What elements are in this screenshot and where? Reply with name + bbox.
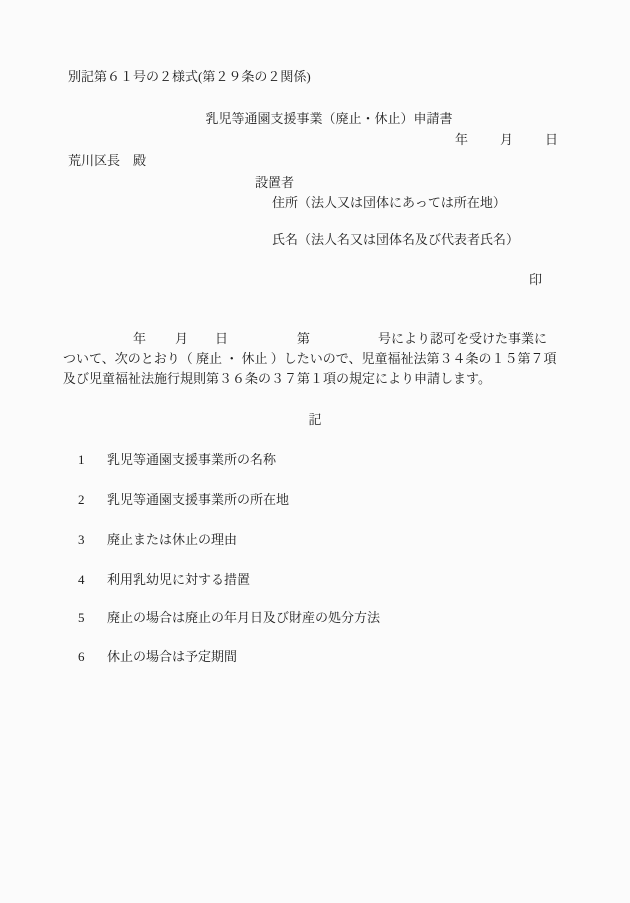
applicant-address-label: 住所（法人又は団体にあっては所在地）: [272, 195, 506, 210]
body-year-label: 年: [133, 331, 146, 346]
item-label: 廃止の場合は廃止の年月日及び財産の処分方法: [107, 610, 380, 625]
item-number: 2: [78, 492, 85, 507]
document-page: 別記第６１号の２様式(第２９条の２関係) 乳児等通園支援事業（廃止・休止）申請書…: [0, 0, 630, 903]
body-paragraph-line-2: ついて、次のとおり（ 廃止 ・ 休止 ）したいので、児童福祉法第３４条の１５第７…: [63, 351, 556, 366]
body-number-prefix: 第: [297, 331, 310, 346]
applicant-role-label: 設置者: [255, 175, 294, 190]
body-paragraph-line-3: 及び児童福祉法施行規則第３６条の３７第１項の規定により申請します。: [63, 371, 491, 386]
item-label: 廃止または休止の理由: [107, 532, 237, 547]
addressee-line: 荒川区長 殿: [68, 153, 146, 168]
item-label: 乳児等通園支援事業所の名称: [107, 452, 276, 467]
item-label: 乳児等通園支援事業所の所在地: [107, 492, 289, 507]
item-label: 休止の場合は予定期間: [107, 649, 237, 664]
document-title: 乳児等通園支援事業（廃止・休止）申請書: [0, 111, 630, 126]
item-label: 利用乳幼児に対する措置: [107, 572, 250, 587]
item-number: 5: [78, 610, 85, 625]
seal-mark: 印: [529, 272, 542, 287]
date-year-label: 年: [455, 132, 468, 147]
date-day-label: 日: [545, 132, 558, 147]
body-month-label: 月: [175, 331, 188, 346]
item-number: 4: [78, 572, 85, 587]
applicant-name-label: 氏名（法人名又は団体名及び代表者氏名）: [272, 232, 519, 247]
item-number: 6: [78, 649, 85, 664]
body-number-suffix: 号により認可を受けた事業に: [378, 331, 547, 346]
item-number: 3: [78, 532, 85, 547]
form-number-line: 別記第６１号の２様式(第２９条の２関係): [68, 69, 311, 84]
body-day-label: 日: [215, 331, 228, 346]
section-marker: 記: [0, 412, 630, 427]
date-month-label: 月: [500, 132, 513, 147]
item-number: 1: [78, 452, 85, 467]
